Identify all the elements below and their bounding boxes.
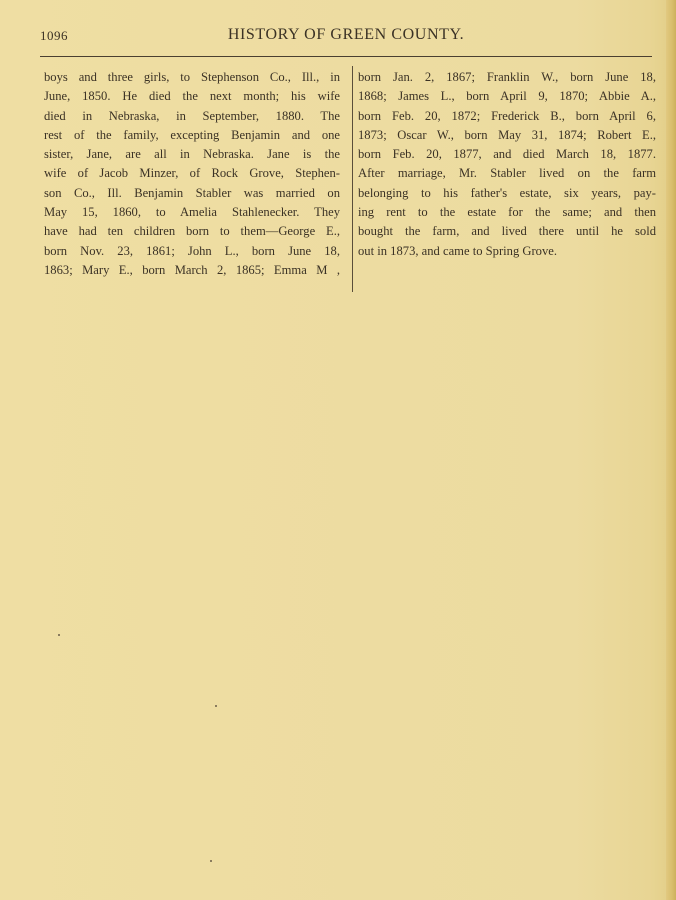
- text-line: have had ten children born to them—Georg…: [44, 222, 340, 241]
- text-line: born Nov. 23, 1861; John L., born June 1…: [44, 242, 340, 261]
- text-line: 1868; James L., born April 9, 1870; Abbi…: [358, 87, 656, 106]
- paper-speck: [215, 705, 217, 707]
- header-rule: [40, 56, 652, 57]
- left-column: boys and three girls, to Stephenson Co.,…: [44, 68, 340, 280]
- text-line: died in Nebraska, in September, 1880. Th…: [44, 107, 340, 126]
- right-column: born Jan. 2, 1867; Franklin W., born Jun…: [358, 68, 656, 261]
- text-line: rest of the family, excepting Benjamin a…: [44, 126, 340, 145]
- text-line: out in 1873, and came to Spring Grove.: [358, 242, 656, 261]
- text-line: born Feb. 20, 1872; Frederick B., born A…: [358, 107, 656, 126]
- text-line: son Co., Ill. Benjamin Stabler was marri…: [44, 184, 340, 203]
- text-line: boys and three girls, to Stephenson Co.,…: [44, 68, 340, 87]
- page-header: 1096 HISTORY OF GREEN COUNTY.: [40, 28, 652, 50]
- text-line: 1863; Mary E., born March 2, 1865; Emma …: [44, 261, 340, 280]
- column-divider: [352, 66, 353, 292]
- text-line: bought the farm, and lived there until h…: [358, 222, 656, 241]
- paper-speck: [210, 860, 212, 862]
- text-line: born Feb. 20, 1877, and died March 18, 1…: [358, 145, 656, 164]
- text-line: 1873; Oscar W., born May 31, 1874; Rober…: [358, 126, 656, 145]
- page-edge-shadow: [666, 0, 676, 900]
- text-line: June, 1850. He died the next month; his …: [44, 87, 340, 106]
- text-line: sister, Jane, are all in Nebraska. Jane …: [44, 145, 340, 164]
- book-page: 1096 HISTORY OF GREEN COUNTY. boys and t…: [0, 0, 676, 900]
- text-line: born Jan. 2, 1867; Franklin W., born Jun…: [358, 68, 656, 87]
- text-line: ing rent to the estate for the same; and…: [358, 203, 656, 222]
- running-title: HISTORY OF GREEN COUNTY.: [40, 26, 652, 44]
- paper-speck: [58, 634, 60, 636]
- text-line: After marriage, Mr. Stabler lived on the…: [358, 164, 656, 183]
- text-line: wife of Jacob Minzer, of Rock Grove, Ste…: [44, 164, 340, 183]
- text-line: belonging to his father's estate, six ye…: [358, 184, 656, 203]
- text-line: May 15, 1860, to Amelia Stahlenecker. Th…: [44, 203, 340, 222]
